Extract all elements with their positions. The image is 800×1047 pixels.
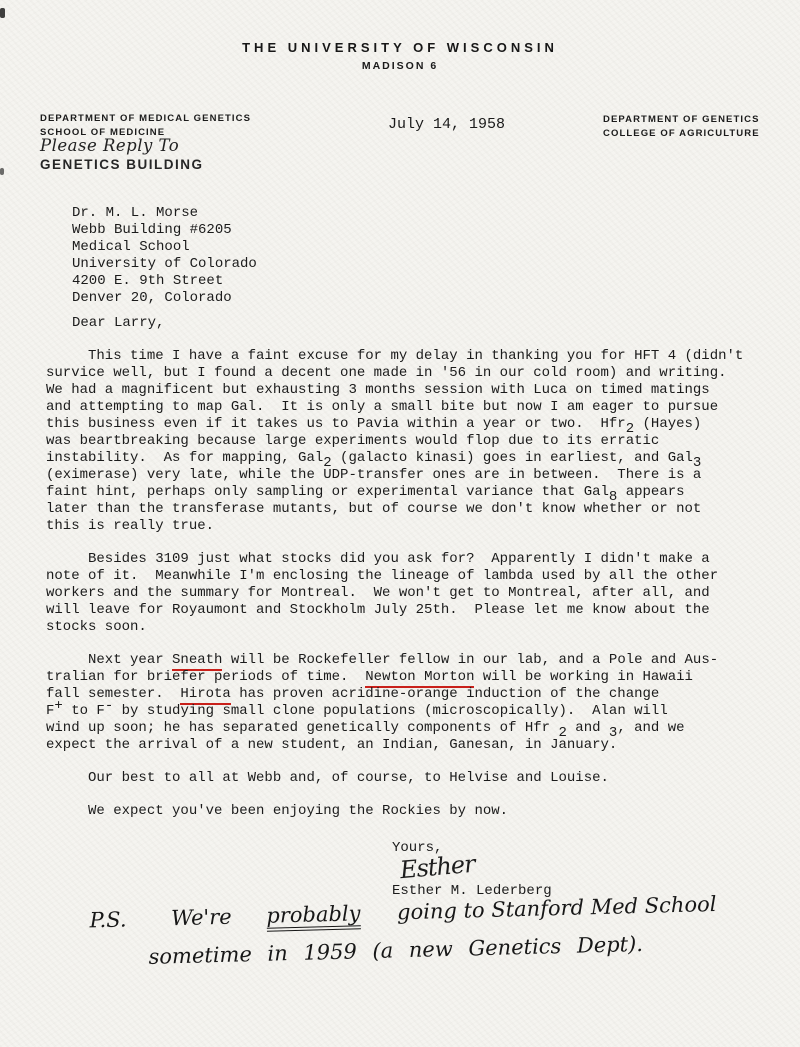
left-department-line: DEPARTMENT OF MEDICAL GENETICS — [40, 112, 251, 126]
postscript-label: P.S. — [89, 907, 126, 932]
postscript-line: sometime in 1959 (a new Genetics Dept). — [148, 930, 730, 969]
body-line: tralian for briefer periods of time. New… — [46, 669, 778, 686]
text-run: later than the transferase mutants, but … — [46, 501, 701, 517]
text-run: (galacto kinasi) goes in earliest, and G… — [332, 450, 693, 466]
recipient-address: Dr. M. L. Morse Webb Building #6205 Medi… — [72, 205, 778, 307]
text-run: (eximerase) very late, while the UDP-tra… — [46, 467, 701, 483]
recipient-line: Dr. M. L. Morse — [72, 205, 778, 222]
body-line: F+ to F- by studying small clone populat… — [46, 703, 778, 720]
text-run: has proven acridine-orange induction of … — [231, 686, 659, 702]
text-run: Our best to all at Webb and, of course, … — [46, 770, 609, 786]
recipient-line: Denver 20, Colorado — [72, 290, 778, 307]
body-line: This time I have a faint excuse for my d… — [46, 348, 778, 365]
paragraph: We expect you've been enjoying the Rocki… — [46, 803, 778, 820]
recipient-line: 4200 E. 9th Street — [72, 273, 778, 290]
handwritten-signature: Esther — [399, 856, 475, 879]
sub-text: 2 — [323, 455, 331, 471]
text-run: survice well, but I found a decent one m… — [46, 365, 727, 381]
text-run: will be Rockefeller fellow in our lab, a… — [222, 652, 718, 668]
text-run: wind up soon; he has separated genetical… — [46, 720, 558, 736]
letterhead-city: MADISON 6 — [0, 60, 800, 72]
scan-artifact — [0, 8, 5, 18]
text-run: This time I have a faint excuse for my d… — [46, 348, 743, 364]
right-department-line: DEPARTMENT OF GENETICS — [603, 113, 760, 127]
reply-to-stamp: Please Reply To GENETICS BUILDING — [40, 136, 204, 172]
body-line: this is really true. — [46, 518, 778, 535]
text-run: Next year — [46, 652, 172, 668]
body-line: Our best to all at Webb and, of course, … — [46, 770, 778, 787]
sub-text: 2 — [626, 421, 634, 437]
postscript-word: We're — [171, 905, 232, 931]
body-line: We expect you've been enjoying the Rocki… — [46, 803, 778, 820]
text-run: Besides 3109 just what stocks did you as… — [46, 551, 710, 567]
right-department-line: COLLEGE OF AGRICULTURE — [603, 127, 760, 141]
text-run: tralian for briefer periods of time. — [46, 669, 365, 685]
body-line: and attempting to map Gal. It is only a … — [46, 399, 778, 416]
date-line: July 14, 1958 — [388, 116, 505, 133]
body-line: survice well, but I found a decent one m… — [46, 365, 778, 382]
letter: Dr. M. L. Morse Webb Building #6205 Medi… — [72, 205, 778, 900]
body-line: Next year Sneath will be Rockefeller fel… — [46, 652, 778, 669]
handwritten-postscript: P.S. We're probably going to Stanford Me… — [89, 892, 730, 971]
text-run: by studying small clone populations (mic… — [113, 703, 668, 719]
text-run: appears — [617, 484, 684, 500]
recipient-line: University of Colorado — [72, 256, 778, 273]
text-run: will leave for Royaumont and Stockholm J… — [46, 602, 710, 618]
body-line: instability. As for mapping, Gal2 (galac… — [46, 450, 778, 467]
scanned-letter-page: THE UNIVERSITY OF WISCONSIN MADISON 6 DE… — [0, 0, 800, 1047]
text-run: and attempting to map Gal. It is only a … — [46, 399, 718, 415]
body-line: this business even if it takes us to Pav… — [46, 416, 778, 433]
text-run: this is really true. — [46, 518, 214, 534]
text-run: note of it. Meanwhile I'm enclosing the … — [46, 568, 718, 584]
body-line: was beartbreaking because large experime… — [46, 433, 778, 450]
paragraph: Our best to all at Webb and, of course, … — [46, 770, 778, 787]
letter-body: This time I have a faint excuse for my d… — [72, 348, 778, 820]
text-run: and — [567, 720, 609, 736]
sup-text: - — [105, 698, 113, 714]
text-run: (Hayes) — [634, 416, 701, 432]
text-run: , and we — [617, 720, 684, 736]
recipient-line: Webb Building #6205 — [72, 222, 778, 239]
sub-text: 3 — [609, 725, 617, 741]
recipient-line: Medical School — [72, 239, 778, 256]
body-line: workers and the summary for Montreal. We… — [46, 585, 778, 602]
text-run: to F — [63, 703, 105, 719]
paragraph: This time I have a faint excuse for my d… — [46, 348, 778, 535]
scan-artifact — [0, 168, 4, 175]
sup-text: + — [54, 698, 62, 714]
text-run: workers and the summary for Montreal. We… — [46, 585, 710, 601]
text-run: will be working in Hawaii — [474, 669, 692, 685]
body-line: wind up soon; he has separated genetical… — [46, 720, 778, 737]
sub-text: 3 — [693, 455, 701, 471]
stamp-line: GENETICS BUILDING — [40, 157, 204, 172]
body-line: will leave for Royaumont and Stockholm J… — [46, 602, 778, 619]
text-run: We expect you've been enjoying the Rocki… — [46, 803, 508, 819]
body-line: (eximerase) very late, while the UDP-tra… — [46, 467, 778, 484]
text-run: expect the arrival of a new student, an … — [46, 737, 617, 753]
text-run: stocks soon. — [46, 619, 147, 635]
sub-text: 2 — [558, 725, 566, 741]
paragraph: Next year Sneath will be Rockefeller fel… — [46, 652, 778, 754]
text-run: fall semester. — [46, 686, 180, 702]
letterhead-university: THE UNIVERSITY OF WISCONSIN — [0, 40, 800, 55]
body-line: We had a magnificent but exhausting 3 mo… — [46, 382, 778, 399]
paragraph: Besides 3109 just what stocks did you as… — [46, 551, 778, 636]
text-run: instability. As for mapping, Gal — [46, 450, 323, 466]
text-run: We had a magnificent but exhausting 3 mo… — [46, 382, 710, 398]
text-run: faint hint, perhaps only sampling or exp… — [46, 484, 609, 500]
body-line: fall semester. Hirota has proven acridin… — [46, 686, 778, 703]
body-line: note of it. Meanwhile I'm enclosing the … — [46, 568, 778, 585]
body-line: stocks soon. — [46, 619, 778, 636]
body-line: faint hint, perhaps only sampling or exp… — [46, 484, 778, 501]
body-line: expect the arrival of a new student, an … — [46, 737, 778, 754]
body-line: later than the transferase mutants, but … — [46, 501, 778, 518]
stamp-line: Please Reply To — [40, 136, 204, 155]
body-line: Besides 3109 just what stocks did you as… — [46, 551, 778, 568]
postscript-underlined-word: probably — [266, 901, 361, 931]
salutation: Dear Larry, — [72, 315, 778, 332]
sub-text: 8 — [609, 489, 617, 505]
text-run: this business even if it takes us to Pav… — [46, 416, 626, 432]
letterhead-right-department: DEPARTMENT OF GENETICS COLLEGE OF AGRICU… — [603, 113, 760, 141]
text-run: was beartbreaking because large experime… — [46, 433, 659, 449]
